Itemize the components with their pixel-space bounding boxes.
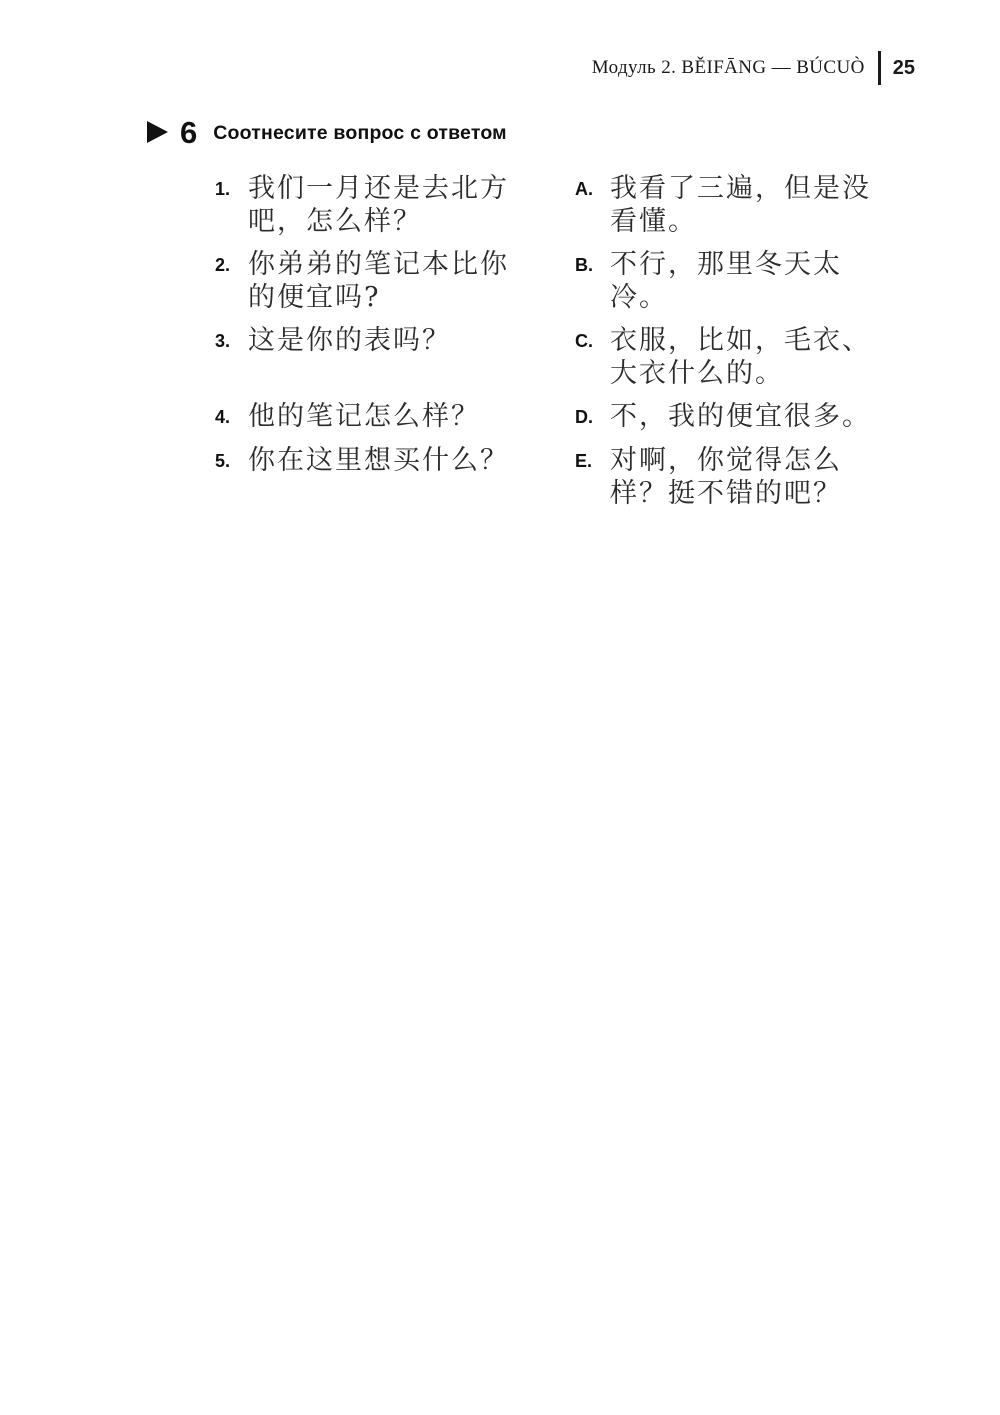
page-header: Модуль 2. BĚIFĀNG — BÚCUÒ 25 (592, 50, 915, 86)
question-number: 2. (215, 248, 248, 314)
answer-letter: E. (575, 444, 610, 510)
answer-letter: A. (575, 172, 610, 238)
exercise-instruction: Соотнесите вопрос с ответом (213, 120, 507, 145)
exercise-number: 6 (180, 117, 197, 148)
answer-letter: C. (575, 324, 610, 390)
matching-row-4: 4. 他的笔记怎么样？ D. 不，我的便宜很多。 (215, 400, 895, 434)
matching-row-2: 2. 你弟弟的笔记本比你 的便宜吗? B. 不行，那里冬天太冷。 (215, 248, 895, 314)
question-text: 我们一月还是去北方 吧，怎么样？ (248, 172, 540, 238)
answer-text: 对啊，你觉得怎么 样？挺不错的吧？ (610, 444, 895, 510)
answer-text: 我看了三遍，但是没 看懂。 (610, 172, 895, 238)
matching-row-3: 3. 这是你的表吗？ C. 衣服，比如，毛衣、 大衣什么的。 (215, 324, 895, 390)
question-text: 他的笔记怎么样？ (248, 400, 540, 434)
answer-text: 不，我的便宜很多。 (610, 400, 895, 434)
answer-text: 衣服，比如，毛衣、 大衣什么的。 (610, 324, 895, 390)
answer-letter: D. (575, 400, 610, 434)
header-divider (878, 51, 881, 85)
matching-row-5: 5. 你在这里想买什么？ E. 对啊，你觉得怎么 样？挺不错的吧？ (215, 444, 895, 510)
audio-play-icon (145, 120, 169, 144)
question-text: 你在这里想买什么？ (248, 444, 540, 510)
page-number: 25 (893, 57, 915, 80)
question-text: 你弟弟的笔记本比你 的便宜吗? (248, 248, 540, 314)
textbook-page: Модуль 2. BĚIFĀNG — BÚCUÒ 25 6 Соотнесит… (0, 0, 1000, 1415)
question-number: 4. (215, 400, 248, 434)
exercise-header: 6 Соотнесите вопрос с ответом (145, 114, 507, 150)
question-number: 1. (215, 172, 248, 238)
question-number: 5. (215, 444, 248, 510)
module-title: Модуль 2. BĚIFĀNG — BÚCUÒ (592, 57, 865, 79)
matching-row-1: 1. 我们一月还是去北方 吧，怎么样？ A. 我看了三遍，但是没 看懂。 (215, 172, 895, 238)
answer-text: 不行，那里冬天太冷。 (610, 248, 895, 314)
question-text: 这是你的表吗？ (248, 324, 540, 390)
answer-letter: B. (575, 248, 610, 314)
matching-exercise: 1. 我们一月还是去北方 吧，怎么样？ A. 我看了三遍，但是没 看懂。 2. … (215, 172, 895, 520)
question-number: 3. (215, 324, 248, 390)
